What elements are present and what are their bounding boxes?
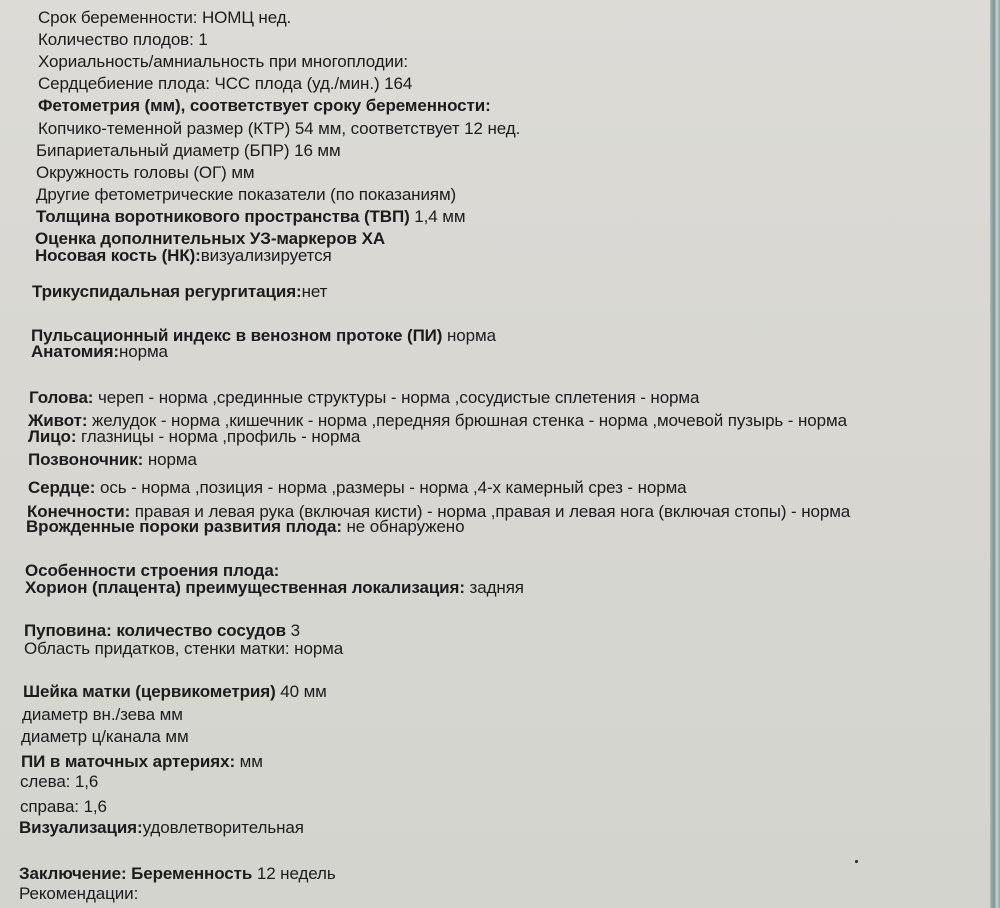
fetometry-heading: Фетометрия (мм), соответствует сроку бер…: [38, 96, 491, 116]
umbilical-value: 3: [291, 621, 300, 640]
anatomy-value: норма: [119, 342, 168, 361]
bpr-value: 16 мм: [294, 141, 341, 160]
gestation-term-label: Срок беременности:: [38, 8, 197, 27]
recommendations-label: Рекомендации:: [19, 884, 138, 903]
tvp-line: Толщина воротникового пространства (ТВП)…: [36, 207, 465, 227]
gestation-term-value: НОМЦ нед.: [202, 8, 291, 27]
malformations-value: не обнаружено: [347, 517, 465, 536]
face-line: Лицо: глазницы - норма ,профиль - норма: [28, 427, 360, 447]
right-label: справа:: [20, 797, 79, 816]
recommendations-line: Рекомендации:: [19, 884, 138, 904]
tricuspid-value: нет: [302, 282, 328, 301]
chorionicity-line: Хориальность/амниальность при многоплоди…: [38, 52, 408, 72]
heartbeat-line: Сердцебиение плода: ЧСС плода (уд./мин.)…: [38, 74, 412, 94]
ktr-value: 54 мм, соответствует 12 нед.: [295, 119, 520, 138]
gestation-term-line: Срок беременности: НОМЦ нед.: [38, 8, 291, 28]
visualization-value: удовлетворительная: [143, 818, 304, 837]
og-label: Окружность головы (ОГ): [36, 163, 227, 182]
other-fetometry: Другие фетометрические показатели (по по…: [36, 185, 456, 205]
adnexa-label: Область придатков, стенки матки:: [24, 639, 290, 658]
conclusion-value: 12 недель: [257, 864, 336, 883]
anatomy-label: Анатомия:: [31, 342, 119, 361]
internal-os-value: мм: [160, 705, 183, 724]
bpr-line: Бипариетальный диаметр (БПР) 16 мм: [36, 141, 341, 161]
visualization-line: Визуализация:удовлетворительная: [19, 818, 304, 838]
face-value: глазницы - норма ,профиль - норма: [81, 427, 360, 446]
left-value: 1,6: [75, 772, 98, 791]
cervix-value: 40 мм: [280, 682, 327, 701]
tvp-label: Толщина воротникового пространства (ТВП): [36, 207, 410, 226]
cervix-label: Шейка матки (цервикометрия): [23, 682, 276, 701]
heart-value: ось - норма ,позиция - норма ,размеры - …: [100, 478, 687, 497]
heartbeat-label: Сердцебиение плода: ЧСС плода (уд./мин.): [38, 74, 380, 93]
fetus-count-line: Количество плодов: 1: [38, 30, 208, 50]
ktr-label: Копчико-теменной размер (КТР): [38, 119, 290, 138]
nasal-bone-line: Носовая кость (НК):визуализируется: [35, 246, 332, 266]
umbilical-label: Пуповина: количество сосудов: [24, 621, 286, 640]
tvp-value: 1,4 мм: [414, 207, 465, 226]
uterine-pi-value: мм: [240, 752, 263, 771]
adnexa-line: Область придатков, стенки матки: норма: [24, 639, 343, 659]
chorion-line: Хорион (плацента) преимущественная локал…: [25, 578, 524, 598]
chorion-value: задняя: [470, 578, 524, 597]
internal-os-label: диаметр вн./зева: [22, 705, 155, 724]
heart-label: Сердце:: [28, 478, 95, 497]
canal-value: мм: [165, 727, 188, 746]
nasal-bone-value: визуализируется: [201, 246, 332, 265]
canal-label: диаметр ц/канала: [21, 727, 161, 746]
internal-os-line: диаметр вн./зева мм: [22, 705, 183, 725]
malformations-label: Врожденные пороки развития плода:: [26, 517, 342, 536]
heart-line: Сердце: ось - норма ,позиция - норма ,ра…: [28, 478, 687, 498]
chorionicity-label: Хориальность/амниальность при многоплоди…: [38, 52, 408, 71]
face-label: Лицо:: [28, 427, 76, 446]
conclusion-label: Заключение: Беременность: [19, 864, 252, 883]
left-label: слева:: [20, 772, 70, 791]
conclusion-line: Заключение: Беременность 12 недель: [19, 864, 336, 884]
ink-speck: [855, 860, 858, 863]
og-value: мм: [231, 163, 254, 182]
right-value: 1,6: [84, 797, 107, 816]
head-label: Голова:: [29, 388, 93, 407]
og-line: Окружность головы (ОГ) мм: [36, 163, 255, 183]
heartbeat-value: 164: [384, 74, 412, 93]
adnexa-value: норма: [294, 639, 343, 658]
tricuspid-label: Трикуспидальная регургитация:: [32, 282, 302, 301]
visualization-label: Визуализация:: [19, 818, 143, 837]
malformations-line: Врожденные пороки развития плода: не обн…: [26, 517, 464, 537]
anatomy-line: Анатомия:норма: [31, 342, 168, 362]
left-line: слева: 1,6: [20, 772, 98, 792]
spine-label: Позвоночник:: [28, 450, 143, 469]
right-line: справа: 1,6: [20, 797, 107, 817]
document-page: Срок беременности: НОМЦ нед. Количество …: [0, 0, 990, 908]
uterine-pi-line: ПИ в маточных артериях: мм: [21, 752, 263, 772]
nasal-bone-label: Носовая кость (НК):: [35, 246, 201, 265]
fetus-count-label: Количество плодов:: [38, 30, 194, 49]
head-line: Голова: череп - норма ,срединные структу…: [29, 388, 699, 408]
ductus-pi-value: норма: [447, 326, 496, 345]
head-value: череп - норма ,срединные структуры - нор…: [98, 388, 699, 407]
spine-value: норма: [148, 450, 197, 469]
cervix-line: Шейка матки (цервикометрия) 40 мм: [23, 682, 327, 702]
uterine-pi-label: ПИ в маточных артериях:: [21, 752, 235, 771]
page-edge-background: [990, 0, 1000, 908]
canal-line: диаметр ц/канала мм: [21, 727, 189, 747]
bpr-label: Бипариетальный диаметр (БПР): [36, 141, 289, 160]
chorion-label: Хорион (плацента) преимущественная локал…: [25, 578, 465, 597]
umbilical-line: Пуповина: количество сосудов 3: [24, 621, 300, 641]
fetus-count-value: 1: [198, 30, 207, 49]
spine-line: Позвоночник: норма: [28, 450, 197, 470]
tricuspid-line: Трикуспидальная регургитация:нет: [32, 282, 327, 302]
ktr-line: Копчико-теменной размер (КТР) 54 мм, соо…: [38, 119, 520, 139]
